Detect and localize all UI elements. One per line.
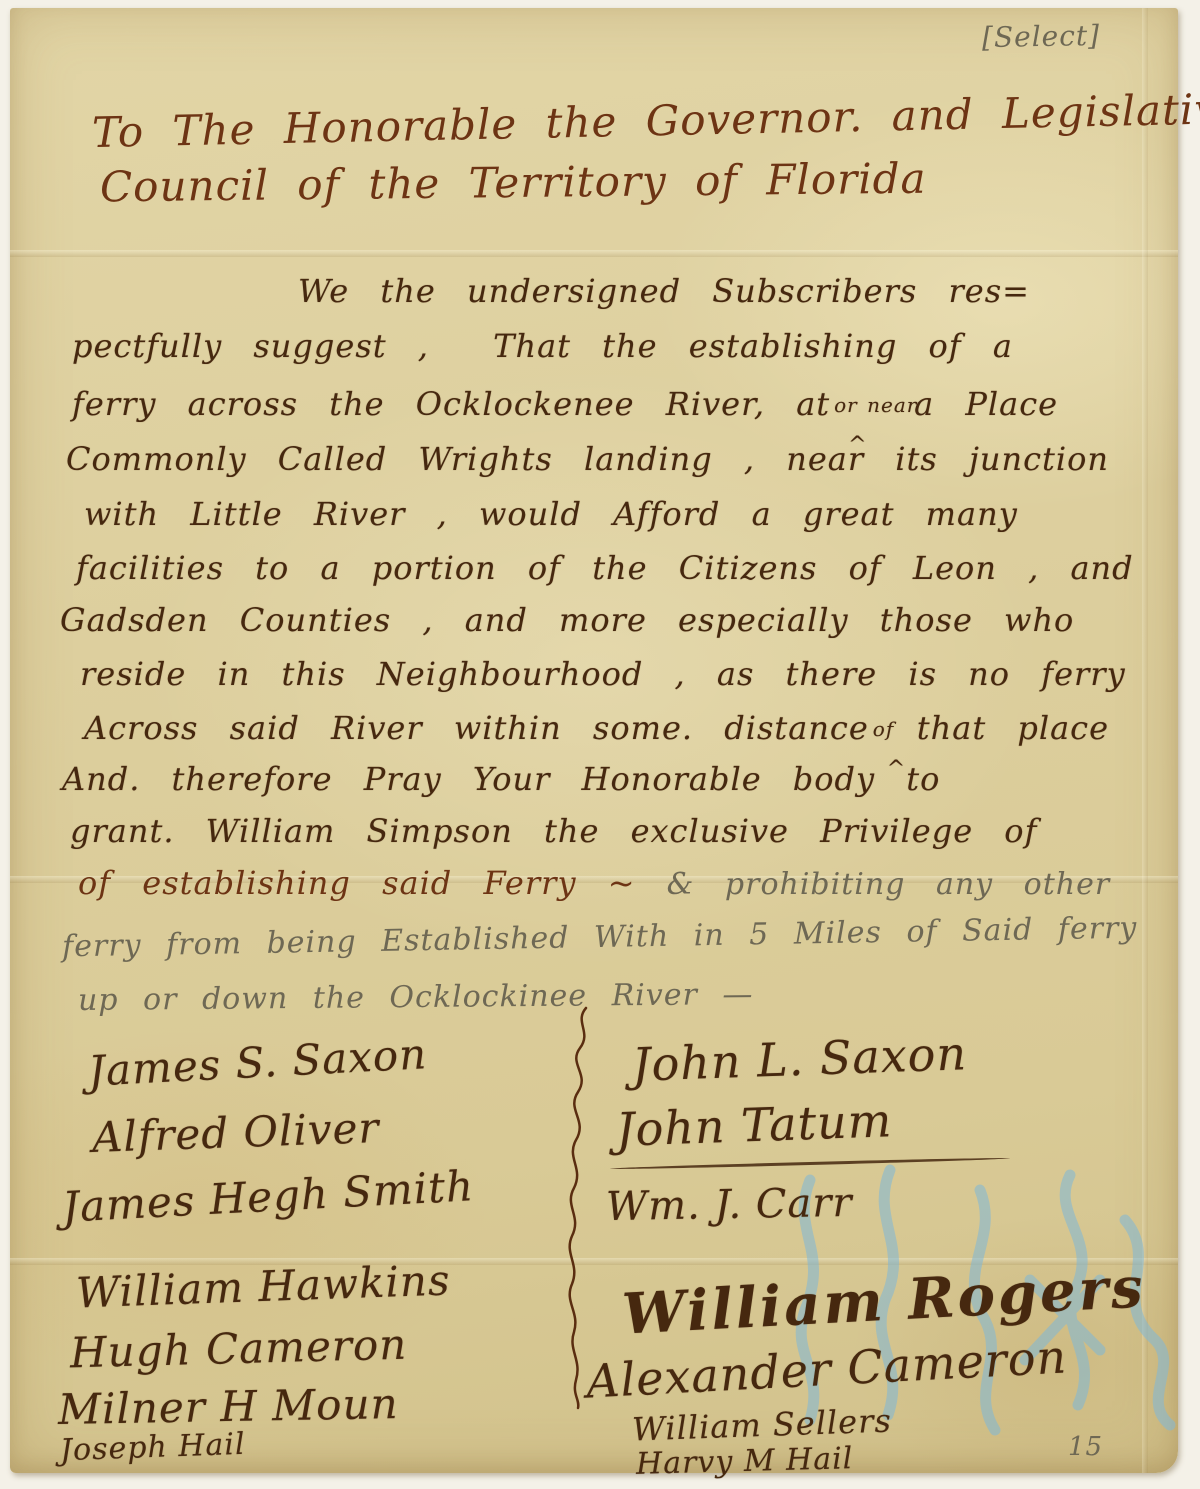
signature-brace — [548, 1008, 608, 1408]
signature-alfred-oliver: Alfred Oliver — [91, 1103, 380, 1162]
body-line-5: with Little River , would Afford a great… — [84, 495, 1018, 533]
body-line-3-post: a Place — [914, 385, 1058, 423]
scanned-document-page: { "page": { "select_annotation": "[Selec… — [0, 0, 1200, 1489]
body-line-3: ferry across the Ocklockenee River, ator… — [72, 385, 1058, 423]
body-line-4: Commonly Called Wrights landing , near i… — [66, 440, 1109, 478]
body-line-8: reside in this Neighbourhood , as there … — [80, 655, 1126, 693]
body-line-10: And. therefore Pray Your Honorable body … — [62, 760, 940, 798]
body-line-12: of establishing said Ferry ~ & prohibiti… — [78, 864, 1110, 902]
body-line-12-ink: of establishing said Ferry ~ — [78, 864, 636, 902]
body-line-6: facilities to a portion of the Citizens … — [76, 549, 1134, 587]
signature-milner-moun: Milner H Moun — [58, 1379, 399, 1434]
signature-joseph-hail: Joseph Hail — [59, 1427, 246, 1468]
body-line-9: Across said River within some. distanceo… — [84, 709, 1109, 747]
body-line-3-pre: ferry across the Ocklockenee River, at — [72, 385, 830, 423]
body-line-1: We the undersigned Subscribers res= — [298, 272, 1030, 310]
signature-hugh-cameron: Hugh Cameron — [69, 1320, 407, 1378]
select-annotation: [Select] — [982, 19, 1101, 54]
body-line-9-pre: Across said River within some. distance — [84, 709, 869, 747]
body-line-2: pectfully suggest , That the establishin… — [72, 327, 1013, 365]
heading-line-2: Council of the Territory of Florida — [100, 154, 927, 212]
signature-wm-carr: Wm. J. Carr — [606, 1180, 853, 1230]
pencil-line-2: up or down the Ocklockinee River — — [78, 977, 754, 1018]
signature-harvy-hail: Harvy M Hail — [636, 1441, 854, 1482]
body-line-12-pencil: & prohibiting any other — [667, 867, 1111, 902]
body-line-9-post: that place — [917, 709, 1109, 747]
body-line-7: Gadsden Counties , and more especially t… — [60, 601, 1074, 639]
insertion-text: of — [873, 717, 894, 741]
body-line-11: grant. William Simpson the exclusive Pri… — [70, 812, 1037, 850]
insertion-text: or near — [834, 393, 917, 417]
signature-john-tatum: John Tatum — [615, 1093, 893, 1157]
page-number: 15 — [1068, 1432, 1103, 1462]
